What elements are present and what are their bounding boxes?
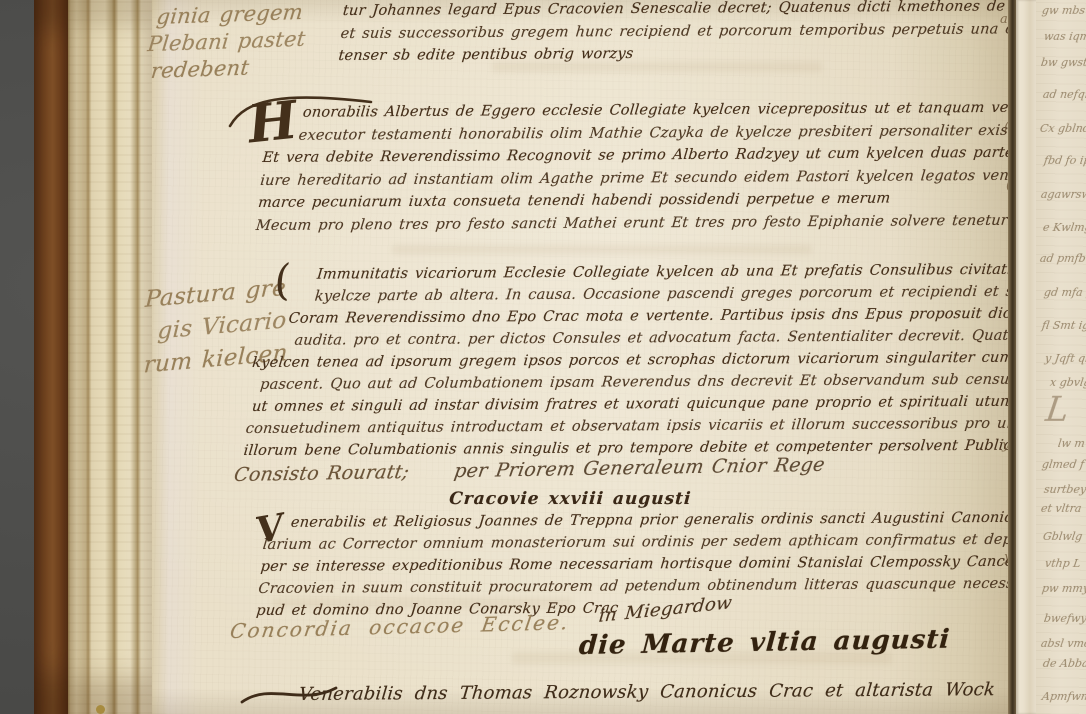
manuscript-photo-scene: ginia gregem Plebani pastet redebent tur… [0, 0, 1086, 714]
margin-note-line: redebent [149, 53, 303, 85]
faint-text-fragment: fl Smt ig [1041, 319, 1086, 332]
page-edge-stack [68, 0, 152, 714]
faint-text-fragment: fbd fo ipl [1043, 154, 1086, 167]
faint-initial-fragment: L [1045, 404, 1069, 417]
faint-text-fragment: pw mmy [1041, 582, 1086, 595]
text-line: Venerabilis dns Thomas Roznowsky Canonic… [298, 679, 996, 705]
margin-mark: a [1000, 12, 1008, 27]
margin-note-line: Plebani pastet [146, 26, 307, 58]
faint-text-fragment: gd mfa g [1043, 286, 1086, 299]
date-text: Cracovie xxviii augusti [449, 489, 693, 509]
faint-text-fragment: Gblwlg [1042, 530, 1083, 543]
faint-text-fragment: ad pmfbw [1039, 252, 1086, 265]
faint-text-fragment: lw m [1057, 437, 1086, 450]
date-text: die Marte vltia augusti [578, 625, 951, 661]
faint-text-fragment: bwefwy f [1043, 612, 1086, 625]
faint-text-fragment: de Abbat [1042, 657, 1086, 670]
faint-text-fragment: Apmfwmd [1041, 690, 1086, 703]
subscription-left: Consisto Rouratt; [233, 461, 411, 486]
date-line-1: Cracovie xxviii augusti [448, 488, 692, 511]
faint-text-fragment: surtbey f [1043, 483, 1086, 496]
faint-text-fragment: ad nefqm [1042, 88, 1086, 101]
faint-text-fragment: agawrsw [1040, 188, 1086, 201]
paragraph-2: onorabilis Albertus de Eggero ecclesie C… [255, 95, 1086, 237]
book-spine-leather [34, 0, 68, 714]
gutter-crease [1008, 0, 1016, 714]
faint-text-fragment: glmed f [1041, 458, 1085, 471]
date-line-2: die Marte vltia augusti [578, 626, 951, 660]
faint-text-fragment: absl vmc [1040, 637, 1086, 650]
margin-note-top: ginia gregem Plebani pastet redebent [149, 0, 309, 85]
show-through-stain [392, 245, 812, 254]
manuscript-left-page: ginia gregem Plebani pastet redebent tur… [152, 0, 1010, 714]
faint-text-fragment: y Jqft ql [1044, 352, 1086, 365]
faint-text-fragment: Cx gblnd [1039, 122, 1086, 135]
faint-text-fragment: vthp L [1044, 557, 1081, 570]
bottom-line: Venerabilis dns Thomas Roznowsky Canonic… [298, 679, 996, 706]
paragraph-1: tur Johannes legard Epus Cracovien Senes… [337, 0, 1086, 68]
faint-text-fragment: x gbvlg [1049, 376, 1086, 389]
faint-text-fragment: et vltra [1040, 502, 1082, 515]
manuscript-right-page-sliver: gw mbs was iqms bw gwst ad nefqm Cx gbln… [1036, 0, 1086, 714]
paragraph-3: Immunitatis vicariorum Ecclesie Collegia… [243, 257, 1086, 462]
faint-text-fragment: gw mbs [1041, 4, 1086, 17]
faint-text-fragment: was iqms [1043, 30, 1086, 43]
faint-text-fragment: bw gwst [1040, 56, 1086, 69]
clasp-pin-icon [96, 705, 105, 714]
faint-text-fragment: e Kwlmg [1042, 221, 1086, 234]
right-page-edge [1016, 0, 1036, 714]
